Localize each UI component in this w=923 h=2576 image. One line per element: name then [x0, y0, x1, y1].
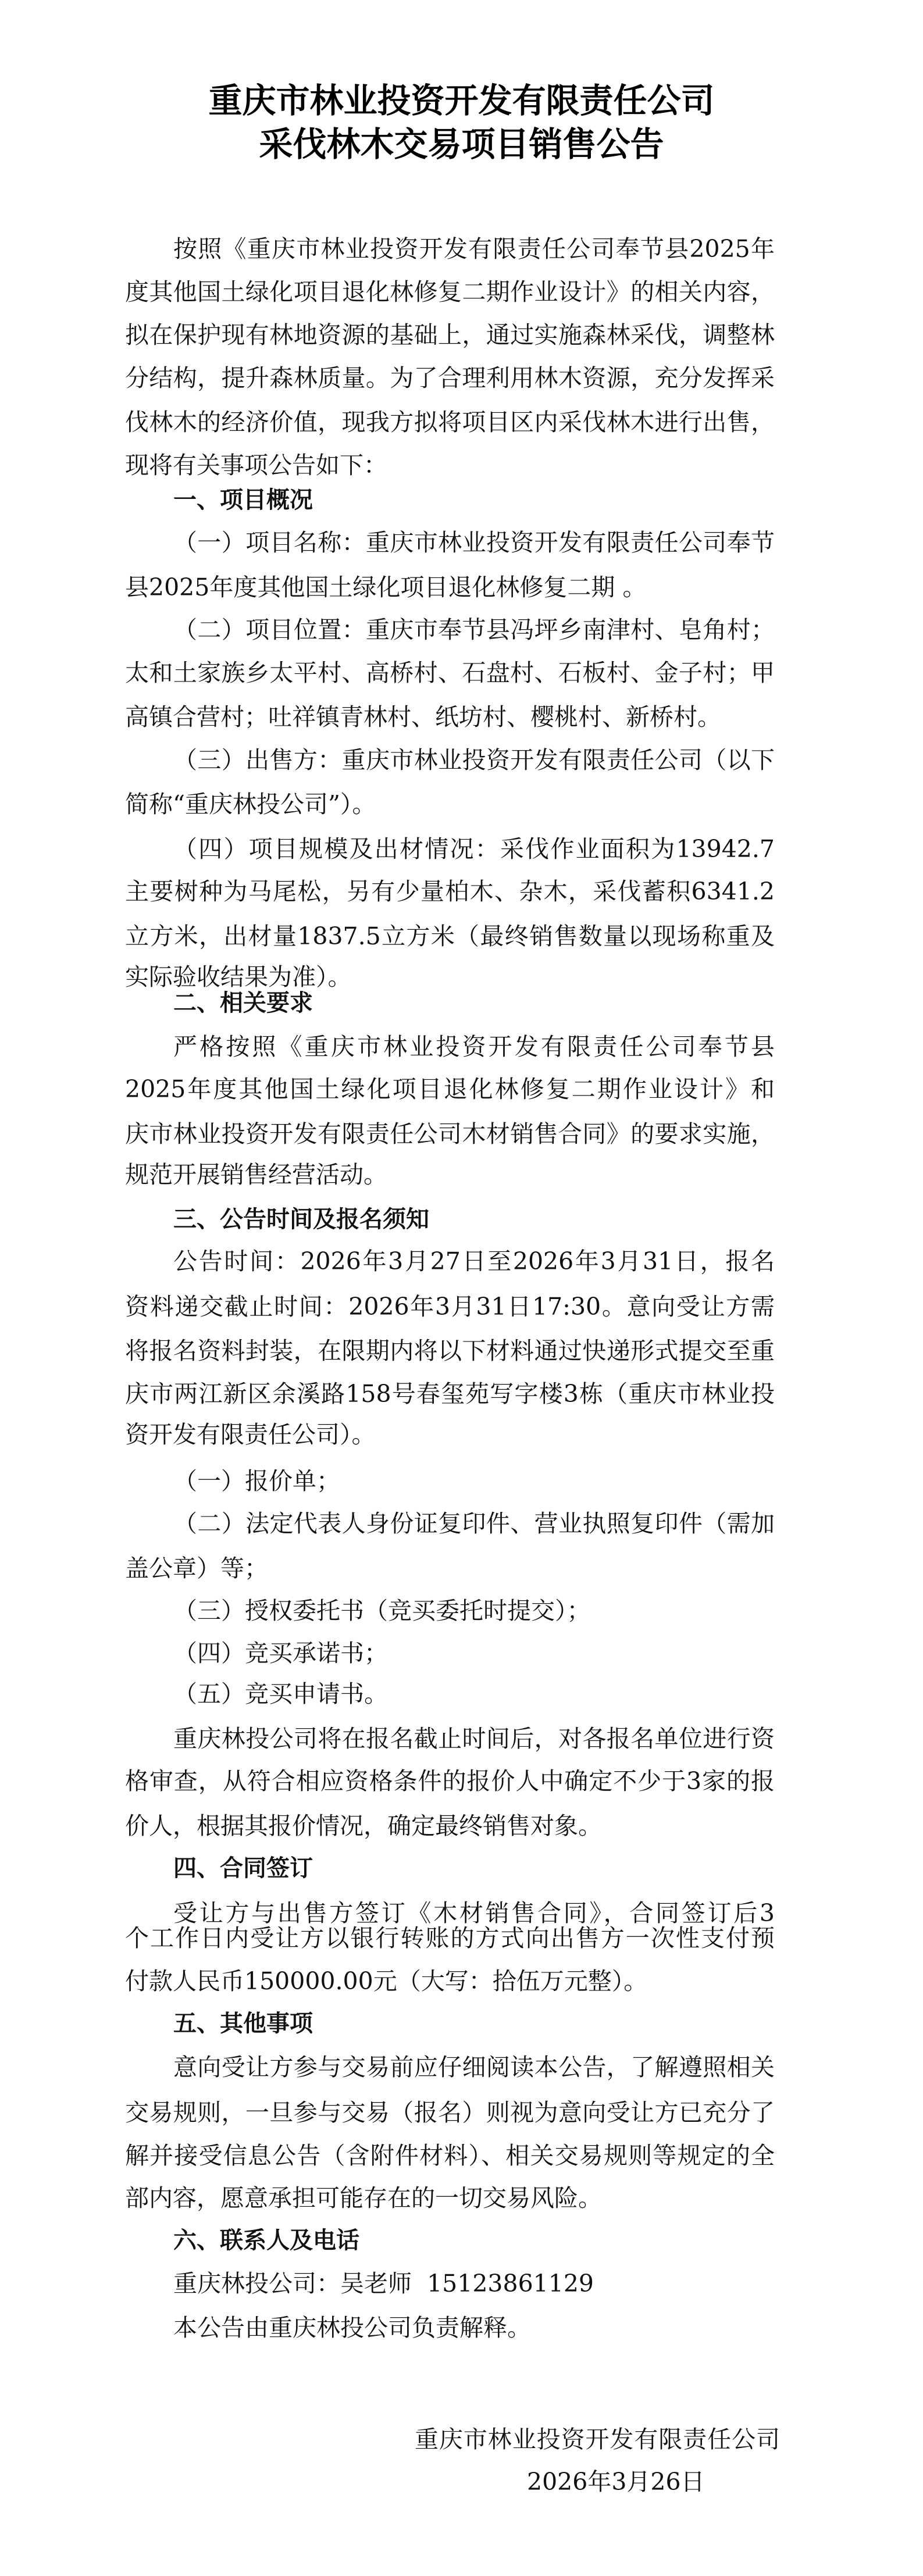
section-heading-1: 一、项目概况 [173, 484, 313, 516]
body-line: 将报名资料封装，在限期内将以下材料通过快递形式提交至重 [125, 1335, 775, 1367]
title-line-1: 重庆市林业投资开发有限责任公司 [0, 80, 923, 121]
item-line: 太和土家族乡太平村、高桥村、石盘村、石板村、金子村；甲 [125, 657, 775, 689]
list-item-5: （五）竞买申请书。 [173, 1678, 388, 1710]
intro-line: 拟在保护现有林地资源的基础上，通过实施森林采伐，调整林 [125, 319, 775, 351]
interpretation-note: 本公告由重庆林投公司负责解释。 [173, 2311, 531, 2344]
intro-line: 分结构，提升森林质量。为了合理利用林木资源，充分发挥采 [125, 362, 775, 394]
intro-line: 伐林木的经济价值，现我方拟将项目区内采伐林木进行出售， [125, 406, 775, 438]
section-heading-2: 二、相关要求 [173, 987, 313, 1019]
item-line: （三）出售方：重庆市林业投资开发有限责任公司（以下 [173, 744, 775, 776]
signature-company: 重庆市林业投资开发有限责任公司 [415, 2423, 780, 2456]
body-line: 2025年度其他国土绿化项目退化林修复二期作业设计》和《重 [125, 1073, 775, 1105]
list-item-1: （一）报价单； [173, 1465, 340, 1497]
section-heading-4: 四、合同签订 [173, 1852, 313, 1885]
signature-date: 2026年3月26日 [527, 2466, 705, 2498]
body-line: 格审查，从符合相应资格条件的报价人中确定不少于3家的报 [125, 1765, 775, 1797]
list-item-3: （三）授权委托书（竞买委托时提交）； [173, 1594, 591, 1627]
body-line: 庆市两江新区余溪路158号春玺苑写字楼3栋（重庆市林业投 [125, 1378, 775, 1410]
list-item-2: （二）法定代表人身份证复印件、营业执照复印件（需加 [173, 1507, 775, 1540]
item-line: 简称“重庆林投公司”）。 [125, 788, 376, 820]
section-heading-6: 六、联系人及电话 [173, 2224, 359, 2257]
intro-line: 现将有关事项公告如下： [125, 449, 387, 481]
body-line: 资开发有限责任公司）。 [125, 1418, 376, 1451]
body-line: 严格按照《重庆市林业投资开发有限责任公司奉节县 [173, 1030, 775, 1063]
item-line: 立方米，出材量1837.5立方米（最终销售数量以现场称重及 [125, 920, 775, 952]
section-heading-3: 三、公告时间及报名须知 [173, 1203, 429, 1236]
intro-line: 度其他国土绿化项目退化林修复二期作业设计》的相关内容， [125, 276, 775, 308]
body-line: 重庆林投公司将在报名截止时间后，对各报名单位进行资 [173, 1722, 775, 1755]
intro-line: 按照《重庆市林业投资开发有限责任公司奉节县2025年 [173, 233, 775, 265]
body-line: 庆市林业投资开发有限责任公司木材销售合同》的要求实施， [125, 1118, 775, 1150]
body-line: 意向受让方参与交易前应仔细阅读本公告，了解遵照相关 [173, 2051, 775, 2083]
item-line: （一）项目名称：重庆市林业投资开发有限责任公司奉节 [173, 526, 775, 559]
body-line: 公告时间：2026年3月27日至2026年3月31日，报名 [173, 1245, 775, 1278]
title-line-2: 采伐林木交易项目销售公告 [0, 124, 923, 165]
item-line: 县2025年度其他国土绿化项目退化林修复二期 。 [125, 571, 646, 604]
body-line: 资料递交截止时间：2026年3月31日17:30。意向受让方需 [125, 1290, 775, 1323]
body-line: 个工作日内受让方以银行转账的方式向出售方一次性支付预 [125, 1922, 775, 1954]
section-heading-5: 五、其他事项 [173, 2007, 313, 2040]
body-line: 交易规则，一旦参与交易（报名）则视为意向受让方已充分了 [125, 2096, 775, 2129]
body-line: 解并接受信息公告（含附件材料）、相关交易规则等规定的全 [125, 2139, 775, 2172]
body-line: 价人，根据其报价情况，确定最终销售对象。 [125, 1810, 602, 1842]
contact-line: 重庆林投公司：吴老师 15123861129 [173, 2267, 594, 2300]
announcement-page: 重庆市林业投资开发有限责任公司 采伐林木交易项目销售公告 按照《重庆市林业投资开… [0, 0, 923, 2576]
item-line: 高镇合营村；吐祥镇青林村、纸坊村、樱桃村、新桥村。 [125, 701, 721, 733]
item-line: 主要树种为马尾松，另有少量柏木、杂木，采伐蓄积6341.2 [125, 875, 775, 908]
item-line: （四）项目规模及出材情况：采伐作业面积为13942.7亩， [173, 833, 775, 865]
item-line: （二）项目位置：重庆市奉节县冯坪乡南津村、皂角村； [173, 613, 775, 646]
body-line: 部内容，愿意承担可能存在的一切交易风险。 [125, 2182, 602, 2214]
body-line: 付款人民币150000.00元（大写：拾伍万元整）。 [125, 1965, 647, 1997]
body-line: 规范开展销售经营活动。 [125, 1158, 387, 1191]
list-item-4: （四）竞买承诺书； [173, 1637, 388, 1669]
list-item-2-cont: 盖公章）等； [125, 1552, 268, 1585]
